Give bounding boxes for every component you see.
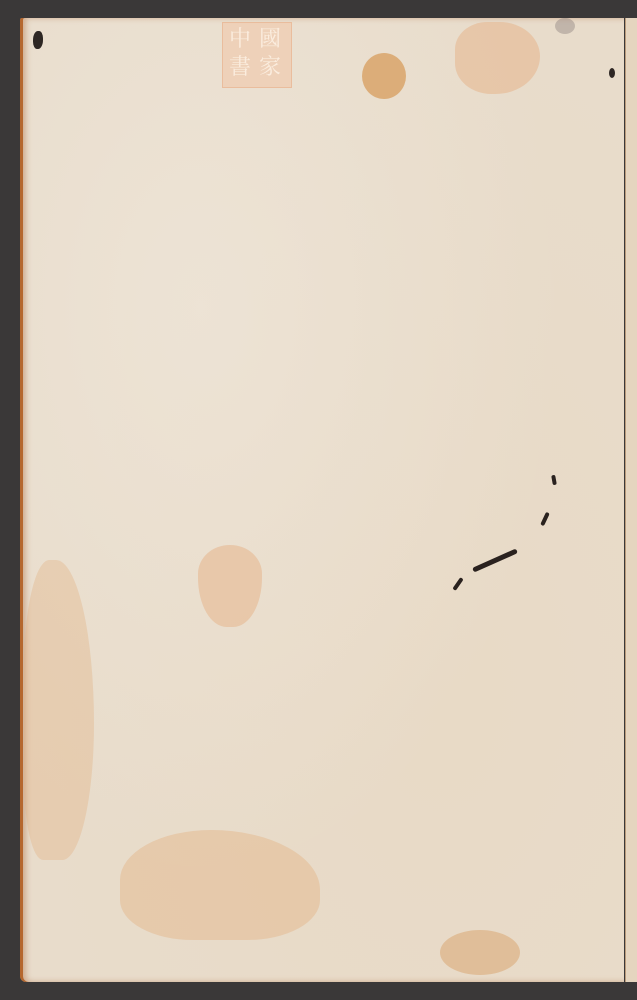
bottom-right-stain	[440, 930, 520, 975]
seal-glyph: 國	[259, 29, 281, 51]
library-seal-stamp: 中 國 書 家	[222, 22, 292, 88]
seal-glyph: 中	[229, 29, 251, 51]
next-page-edge	[626, 18, 637, 982]
smudge-top	[555, 18, 575, 34]
round-stain	[362, 53, 406, 99]
ink-spot-top-left	[33, 31, 43, 49]
ink-spot-top-right	[609, 68, 615, 78]
book-page	[20, 18, 624, 982]
seal-glyph: 書	[229, 57, 251, 79]
seal-glyph: 家	[259, 57, 281, 79]
